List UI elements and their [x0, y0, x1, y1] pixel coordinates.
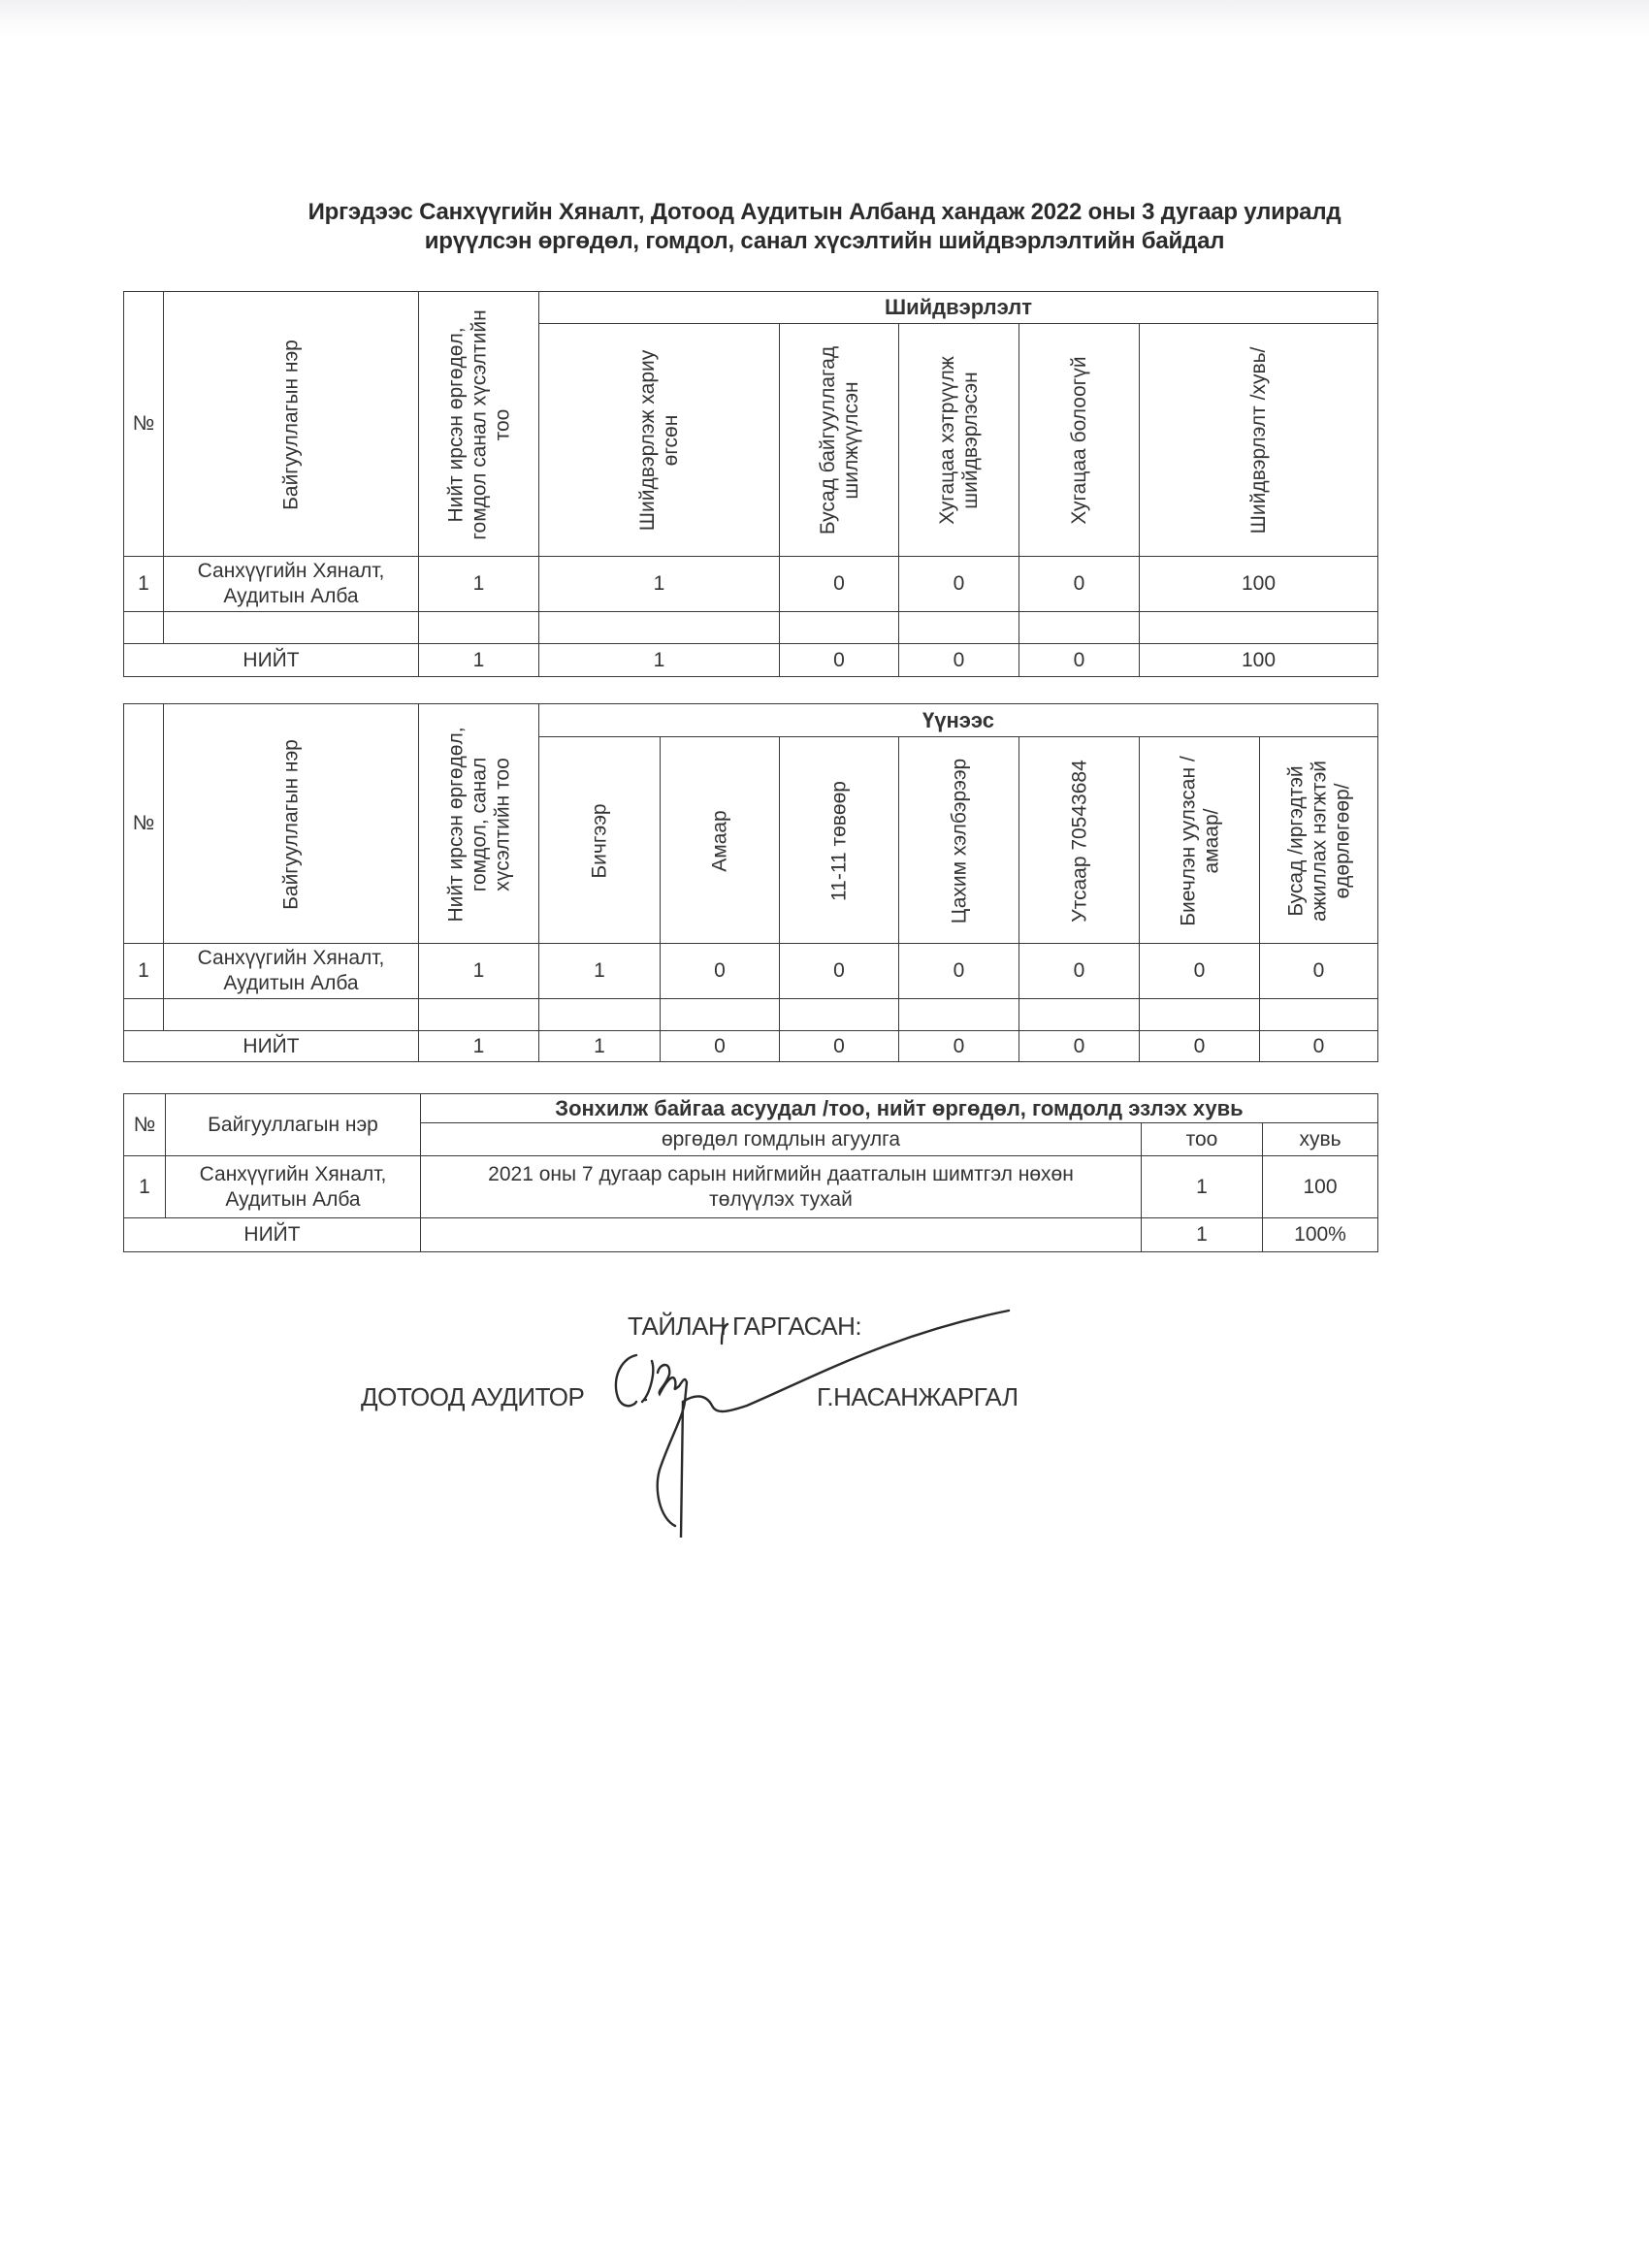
header-total-received-text: Нийт ирсэн өргөдөл, гомдол, санал хүсэлт…: [440, 712, 518, 936]
total-other: 0: [1259, 1030, 1378, 1062]
total-hotline: 0: [779, 1030, 899, 1062]
row-content-text: 2021 оны 7 дугаар сарын нийгмийн даатгал…: [460, 1162, 1102, 1213]
total-answered-text: 1: [654, 648, 665, 673]
row-answered-text: 1: [654, 571, 665, 597]
header-oral: Амаар: [660, 736, 780, 944]
header-no: №: [123, 703, 164, 944]
empty-row-cell: [163, 611, 419, 644]
total-percent-text: 100%: [1294, 1222, 1346, 1247]
empty-row-cell: [538, 998, 661, 1031]
header-written: Бичгээр: [538, 736, 661, 944]
group-header-text: Шийдвэрлэлт: [885, 295, 1032, 320]
empty-row-cell: [779, 998, 899, 1031]
empty-row-cell: [123, 998, 164, 1031]
header-phone: Утсаар 70543684: [1018, 736, 1140, 944]
group-header: Шийдвэрлэлт: [538, 291, 1378, 324]
header-percent-text: хувь: [1299, 1127, 1341, 1152]
group-header-text: Зонхилж байгаа асуудал /тоо, нийт өргөдө…: [555, 1096, 1243, 1121]
group-header-text: Үүнээс: [922, 708, 994, 733]
row-phone-text: 0: [1074, 958, 1085, 984]
total-other-text: 0: [1313, 1034, 1325, 1059]
row-resolution-pct-text: 100: [1242, 571, 1276, 597]
row-no-text: 1: [138, 958, 149, 984]
document-title-line-2: ирүүлсэн өргөдөл, гомдол, санал хүсэлтий…: [145, 228, 1503, 255]
header-count-text: тоо: [1186, 1127, 1218, 1152]
total-hotline-text: 0: [833, 1034, 845, 1059]
empty-row-cell: [1139, 998, 1260, 1031]
handwritten-signature-icon: [601, 1305, 1048, 1538]
row-answered: 1: [538, 556, 780, 612]
header-answered-text: Шийдвэрлэж хариу өгсөн: [621, 332, 698, 549]
total-label: НИЙТ: [123, 1217, 421, 1252]
group-header: Зонхилж байгаа асуудал /тоо, нийт өргөдө…: [420, 1093, 1378, 1123]
header-in-person: Биечлэн уулзсан /амаар/: [1139, 736, 1260, 944]
header-org-name-text: Байгууллагын нэр: [253, 712, 331, 936]
total-label-text: НИЙТ: [242, 1034, 299, 1059]
header-in-person-text: Биечлэн уулзсан /амаар/: [1161, 745, 1239, 936]
total-electronic-text: 0: [954, 1034, 965, 1059]
row-org-name-text: Санхүүгийн Хяналт, Аудитын Алба: [166, 1162, 420, 1213]
row-electronic-text: 0: [954, 958, 965, 984]
total-in-person-text: 0: [1194, 1034, 1206, 1059]
row-not-due-text: 0: [1074, 571, 1085, 597]
row-content: 2021 оны 7 дугаар сарын нийгмийн даатгал…: [420, 1155, 1142, 1218]
row-total-received-text: 1: [473, 571, 485, 597]
row-other: 0: [1259, 943, 1378, 999]
header-no-text: №: [133, 811, 155, 836]
total-percent: 100%: [1262, 1217, 1378, 1252]
header-resolution-pct: Шийдвэрлэлт /хувь/: [1139, 323, 1378, 557]
empty-row-cell: [163, 998, 419, 1031]
total-electronic: 0: [898, 1030, 1019, 1062]
header-hotline: 11-11 төвөөр: [779, 736, 899, 944]
total-received-sum: 1: [418, 1030, 539, 1062]
header-no: №: [123, 291, 164, 557]
row-total-received: 1: [418, 943, 539, 999]
total-in-person: 0: [1139, 1030, 1260, 1062]
total-resolution-pct-text: 100: [1242, 648, 1276, 673]
header-answered: Шийдвэрлэж хариу өгсөн: [538, 323, 780, 557]
header-org-name-text: Байгууллагын нэр: [253, 300, 331, 549]
row-oral: 0: [660, 943, 780, 999]
empty-row-cell: [898, 611, 1019, 644]
header-count: тоо: [1141, 1122, 1263, 1156]
row-org-name-text: Санхүүгийн Хяналт, Аудитын Алба: [164, 559, 418, 609]
row-forwarded-text: 0: [833, 571, 845, 597]
row-no: 1: [123, 1155, 166, 1218]
group-header: Үүнээс: [538, 703, 1378, 737]
total-label-text: НИЙТ: [242, 648, 299, 673]
header-percent: хувь: [1262, 1122, 1378, 1156]
empty-row-cell: [1139, 611, 1378, 644]
empty-row-cell: [898, 998, 1019, 1031]
signer-role: ДОТООД АУДИТОР: [361, 1382, 584, 1412]
header-no-text: №: [134, 1113, 156, 1138]
header-org-name-text: Байгууллагын нэр: [208, 1113, 378, 1138]
empty-row-cell: [1018, 611, 1140, 644]
total-answered: 1: [538, 643, 780, 677]
header-not-due-text: Хугацаа болоогүй: [1041, 332, 1118, 549]
row-hotline-text: 0: [833, 958, 845, 984]
row-oral-text: 0: [714, 958, 726, 984]
header-content: өргөдөл гомдлын агуулга: [420, 1122, 1142, 1156]
total-count-text: 1: [1196, 1222, 1208, 1247]
row-no: 1: [123, 556, 164, 612]
header-org-name: Байгууллагын нэр: [163, 291, 419, 557]
empty-row-cell: [418, 998, 539, 1031]
total-count: 1: [1141, 1217, 1263, 1252]
header-extended: Хугацаа хэтрүүлж шийдвэрлэсэн: [898, 323, 1019, 557]
header-written-text: Бичгээр: [562, 745, 639, 936]
empty-row-cell: [418, 611, 539, 644]
header-no: №: [123, 1093, 166, 1156]
row-not-due: 0: [1018, 556, 1140, 612]
total-received-sum: 1: [418, 643, 539, 677]
total-resolution-pct: 100: [1139, 643, 1378, 677]
header-oral-text: Амаар: [682, 745, 760, 936]
row-resolution-pct: 100: [1139, 556, 1378, 612]
empty-row-cell: [538, 611, 780, 644]
header-total-received: Нийт ирсэн өргөдөл, гомдол санал хүсэлти…: [418, 291, 539, 557]
header-extended-text: Хугацаа хэтрүүлж шийдвэрлэсэн: [921, 332, 998, 549]
total-phone: 0: [1018, 1030, 1140, 1062]
header-forwarded: Бусад байгууллагад шилжүүлсэн: [779, 323, 899, 557]
row-org-name: Санхүүгийн Хяналт, Аудитын Алба: [163, 943, 419, 999]
row-electronic: 0: [898, 943, 1019, 999]
row-total-received-text: 1: [473, 958, 485, 984]
empty-row-cell: [779, 611, 899, 644]
row-no-text: 1: [138, 571, 149, 597]
row-extended: 0: [898, 556, 1019, 612]
document-title-line-1: Иргэдээс Санхүүгийн Хяналт, Дотоод Аудит…: [145, 199, 1503, 226]
row-percent: 100: [1262, 1155, 1378, 1218]
empty-row-cell: [1018, 998, 1140, 1031]
row-no-text: 1: [139, 1175, 150, 1200]
row-written-text: 1: [594, 958, 605, 984]
total-content: [420, 1217, 1142, 1252]
total-extended: 0: [898, 643, 1019, 677]
total-label: НИЙТ: [123, 643, 419, 677]
row-percent-text: 100: [1303, 1175, 1337, 1200]
header-other: Бусад /иргэдтэй ажиллах нэгжтэй өдөрлөгө…: [1259, 736, 1378, 944]
empty-row-cell: [660, 998, 780, 1031]
header-content-text: өргөдөл гомдлын агуулга: [662, 1127, 900, 1152]
header-electronic-text: Цахим хэлбэрээр: [921, 745, 998, 936]
total-written: 1: [538, 1030, 661, 1062]
row-written: 1: [538, 943, 661, 999]
total-not-due-text: 0: [1074, 648, 1085, 673]
total-extended-text: 0: [954, 648, 965, 673]
row-no: 1: [123, 943, 164, 999]
row-phone: 0: [1018, 943, 1140, 999]
total-received-sum-text: 1: [473, 648, 485, 673]
scan-noise: [0, 0, 1649, 39]
header-no-text: №: [133, 411, 155, 437]
total-forwarded-text: 0: [833, 648, 845, 673]
header-phone-text: Утсаар 70543684: [1041, 745, 1118, 936]
header-total-received: Нийт ирсэн өргөдөл, гомдол, санал хүсэлт…: [418, 703, 539, 944]
row-in-person-text: 0: [1194, 958, 1206, 984]
header-org-name: Байгууллагын нэр: [165, 1093, 421, 1156]
total-phone-text: 0: [1074, 1034, 1085, 1059]
header-not-due: Хугацаа болоогүй: [1018, 323, 1140, 557]
empty-row-cell: [1259, 998, 1378, 1031]
row-org-name-text: Санхүүгийн Хяналт, Аудитын Алба: [164, 946, 418, 996]
total-oral-text: 0: [714, 1034, 726, 1059]
header-hotline-text: 11-11 төвөөр: [801, 745, 879, 936]
row-extended-text: 0: [954, 571, 965, 597]
header-resolution-pct-text: Шийдвэрлэлт /хувь/: [1220, 332, 1298, 549]
total-label-text: НИЙТ: [243, 1222, 300, 1247]
total-forwarded: 0: [779, 643, 899, 677]
header-forwarded-text: Бусад байгууллагад шилжүүлсэн: [801, 332, 879, 549]
header-other-text: Бусад /иргэдтэй ажиллах нэгжтэй өдөрлөгө…: [1280, 745, 1358, 936]
header-total-received-text: Нийт ирсэн өргөдөл, гомдол санал хүсэлти…: [440, 300, 518, 549]
row-org-name: Санхүүгийн Хяналт, Аудитын Алба: [163, 556, 419, 612]
row-count-text: 1: [1196, 1175, 1208, 1200]
row-other-text: 0: [1313, 958, 1325, 984]
row-hotline: 0: [779, 943, 899, 999]
total-not-due: 0: [1018, 643, 1140, 677]
total-received-sum-text: 1: [473, 1034, 485, 1059]
row-org-name: Санхүүгийн Хяналт, Аудитын Алба: [165, 1155, 421, 1218]
row-total-received: 1: [418, 556, 539, 612]
total-written-text: 1: [594, 1034, 605, 1059]
row-count: 1: [1141, 1155, 1263, 1218]
row-in-person: 0: [1139, 943, 1260, 999]
header-org-name: Байгууллагын нэр: [163, 703, 419, 944]
empty-row-cell: [123, 611, 164, 644]
total-label: НИЙТ: [123, 1030, 419, 1062]
header-electronic: Цахим хэлбэрээр: [898, 736, 1019, 944]
row-forwarded: 0: [779, 556, 899, 612]
total-oral: 0: [660, 1030, 780, 1062]
